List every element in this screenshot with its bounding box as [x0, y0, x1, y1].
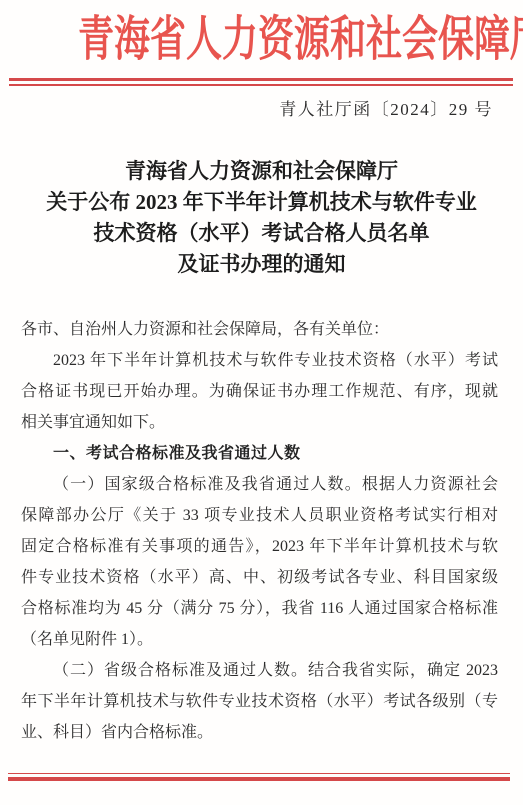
- document-title-line-4: 及证书办理的通知: [0, 249, 523, 280]
- body-line: （名单见附件 1）。: [21, 624, 498, 655]
- document-title-line-2: 关于公布 2023 年下半年计算机技术与软件专业: [0, 187, 523, 218]
- footer-divider-line: [8, 773, 510, 781]
- body-line: 相关事宜通知如下。: [21, 407, 498, 438]
- official-document-page: 青海省人力资源和社会保障厅 青人社厅函〔2024〕29 号 青海省人力资源和社会…: [0, 0, 523, 805]
- document-title-line-3: 技术资格（水平）考试合格人员名单: [0, 218, 523, 249]
- document-number: 青人社厅函〔2024〕29 号: [0, 99, 523, 121]
- body-line: 固定合格标准有关事项的通告》，2023 年下半年计算机技术与软: [21, 531, 498, 562]
- agency-masthead-text: 青海省人力资源和社会保障厅: [78, 13, 523, 67]
- body-line: 合格证书现已开始办理。为确保证书办理工作规范、有序，现就: [21, 376, 498, 407]
- body-line: 件专业技术资格（水平）高、中、初级考试各专业、科目国家级: [21, 562, 498, 593]
- body-line: 年下半年计算机技术与软件专业技术资格（水平）考试各级别（专: [21, 686, 498, 717]
- body-line: 合格标准均为 45 分（满分 75 分），我省 116 人通过国家合格标准: [21, 593, 498, 624]
- salutation-line: 各市、自治州人力资源和社会保障局，各有关单位：: [21, 314, 498, 345]
- section-heading-1: 一、考试合格标准及我省通过人数: [21, 438, 498, 469]
- masthead-divider-line: [9, 78, 513, 86]
- body-line: （一）国家级合格标准及我省通过人数。根据人力资源社会: [21, 469, 498, 500]
- document-body: 各市、自治州人力资源和社会保障局，各有关单位： 2023 年下半年计算机技术与软…: [21, 314, 498, 748]
- body-line: 保障部办公厅《关于 33 项专业技术人员职业资格考试实行相对: [21, 500, 498, 531]
- document-title: 青海省人力资源和社会保障厅 关于公布 2023 年下半年计算机技术与软件专业 技…: [0, 156, 523, 280]
- agency-masthead: 青海省人力资源和社会保障厅: [0, 13, 523, 67]
- body-line: 业、科目）省内合格标准。: [21, 717, 498, 748]
- body-line: 2023 年下半年计算机技术与软件专业技术资格（水平）考试: [21, 345, 498, 376]
- paragraph-national-standard: （一）国家级合格标准及我省通过人数。根据人力资源社会 保障部办公厅《关于 33 …: [21, 469, 498, 655]
- body-line: （二）省级合格标准及通过人数。结合我省实际，确定 2023: [21, 655, 498, 686]
- document-title-line-1: 青海省人力资源和社会保障厅: [0, 156, 523, 187]
- paragraph-intro: 2023 年下半年计算机技术与软件专业技术资格（水平）考试 合格证书现已开始办理…: [21, 345, 498, 438]
- paragraph-provincial-standard: （二）省级合格标准及通过人数。结合我省实际，确定 2023 年下半年计算机技术与…: [21, 655, 498, 748]
